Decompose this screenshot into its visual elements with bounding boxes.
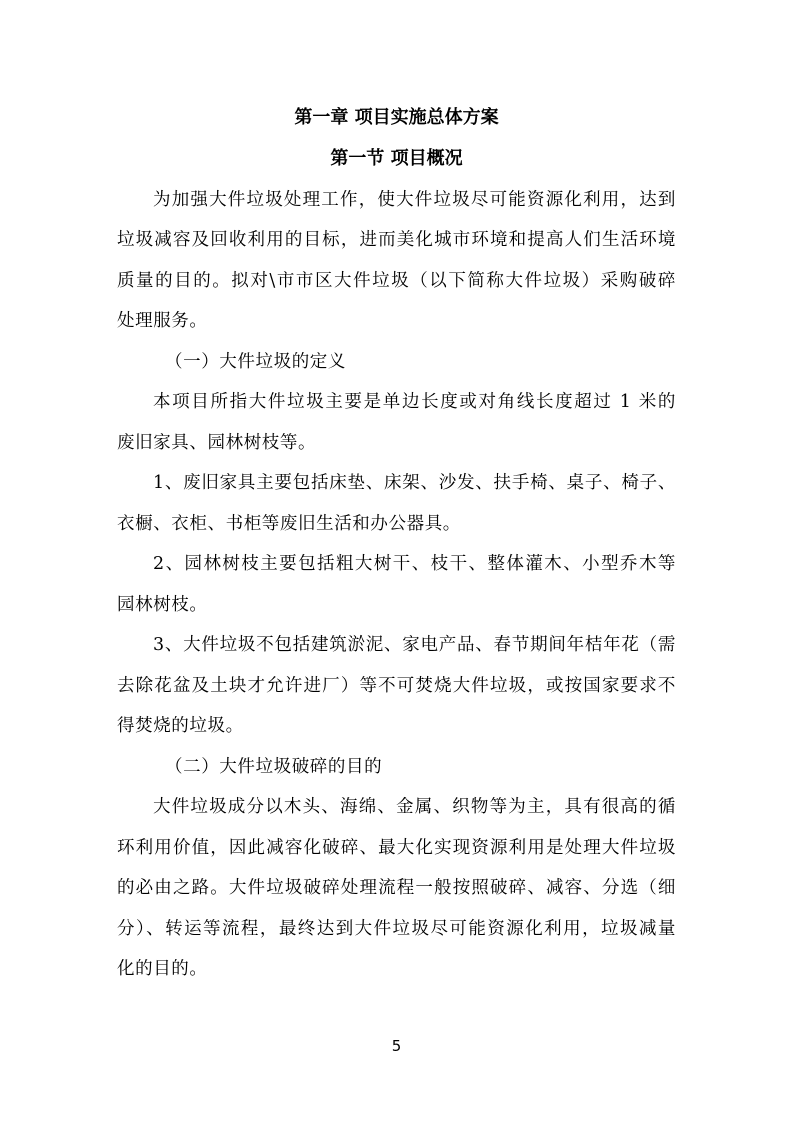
page-number: 5 xyxy=(0,1036,793,1056)
subheading-purpose: （二）大件垃圾破碎的目的 xyxy=(165,755,676,779)
section-title: 第一节 项目概况 xyxy=(117,147,676,171)
paragraph-line: 大件垃圾成分以木头、海绵、金属、织物等为主，具有很高的循 xyxy=(153,795,676,819)
paragraph-line: 质量的目的。拟对\市市区大件垃圾（以下简称大件垃圾）采购破碎 xyxy=(117,269,676,293)
paragraph-line: 的必由之路。大件垃圾破碎处理流程一般按照破碎、减容、分选（细 xyxy=(117,876,676,900)
chapter-title: 第一章 项目实施总体方案 xyxy=(117,106,676,130)
paragraph-line: 垃圾减容及回收利用的目标，进而美化城市环境和提高人们生活环境 xyxy=(117,228,676,252)
list-item-line: 去除花盆及土块才允许进厂）等不可焚烧大件垃圾，或按国家要求不 xyxy=(117,674,676,698)
list-item-line: 1、废旧家具主要包括床垫、床架、沙发、扶手椅、桌子、椅子、 xyxy=(153,471,676,495)
paragraph-line: 本项目所指大件垃圾主要是单边长度或对角线长度超过 1 米的 xyxy=(153,390,676,414)
list-item-line: 2、园林树枝主要包括粗大树干、枝干、整体灌木、小型乔木等 xyxy=(153,552,676,576)
paragraph-line: 化的目的。 xyxy=(117,957,676,981)
list-item-line: 衣橱、衣柜、书柜等废旧生活和办公器具。 xyxy=(117,512,676,536)
paragraph-line: 废旧家具、园林树枝等。 xyxy=(117,431,676,455)
list-item-line: 得焚烧的垃圾。 xyxy=(117,714,676,738)
list-item-line: 3、大件垃圾不包括建筑淤泥、家电产品、春节期间年桔年花（需 xyxy=(153,633,676,657)
list-item-line: 园林树枝。 xyxy=(117,593,676,617)
paragraph-line: 为加强大件垃圾处理工作，使大件垃圾尽可能资源化利用，达到 xyxy=(153,188,676,212)
paragraph-line: 环利用价值，因此减容化破碎、最大化实现资源利用是处理大件垃圾 xyxy=(117,836,676,860)
paragraph-line: 处理服务。 xyxy=(117,309,676,333)
subheading-definition: （一）大件垃圾的定义 xyxy=(165,350,676,374)
paragraph-line: 分）、转运等流程，最终达到大件垃圾尽可能资源化利用，垃圾减量 xyxy=(117,917,676,941)
